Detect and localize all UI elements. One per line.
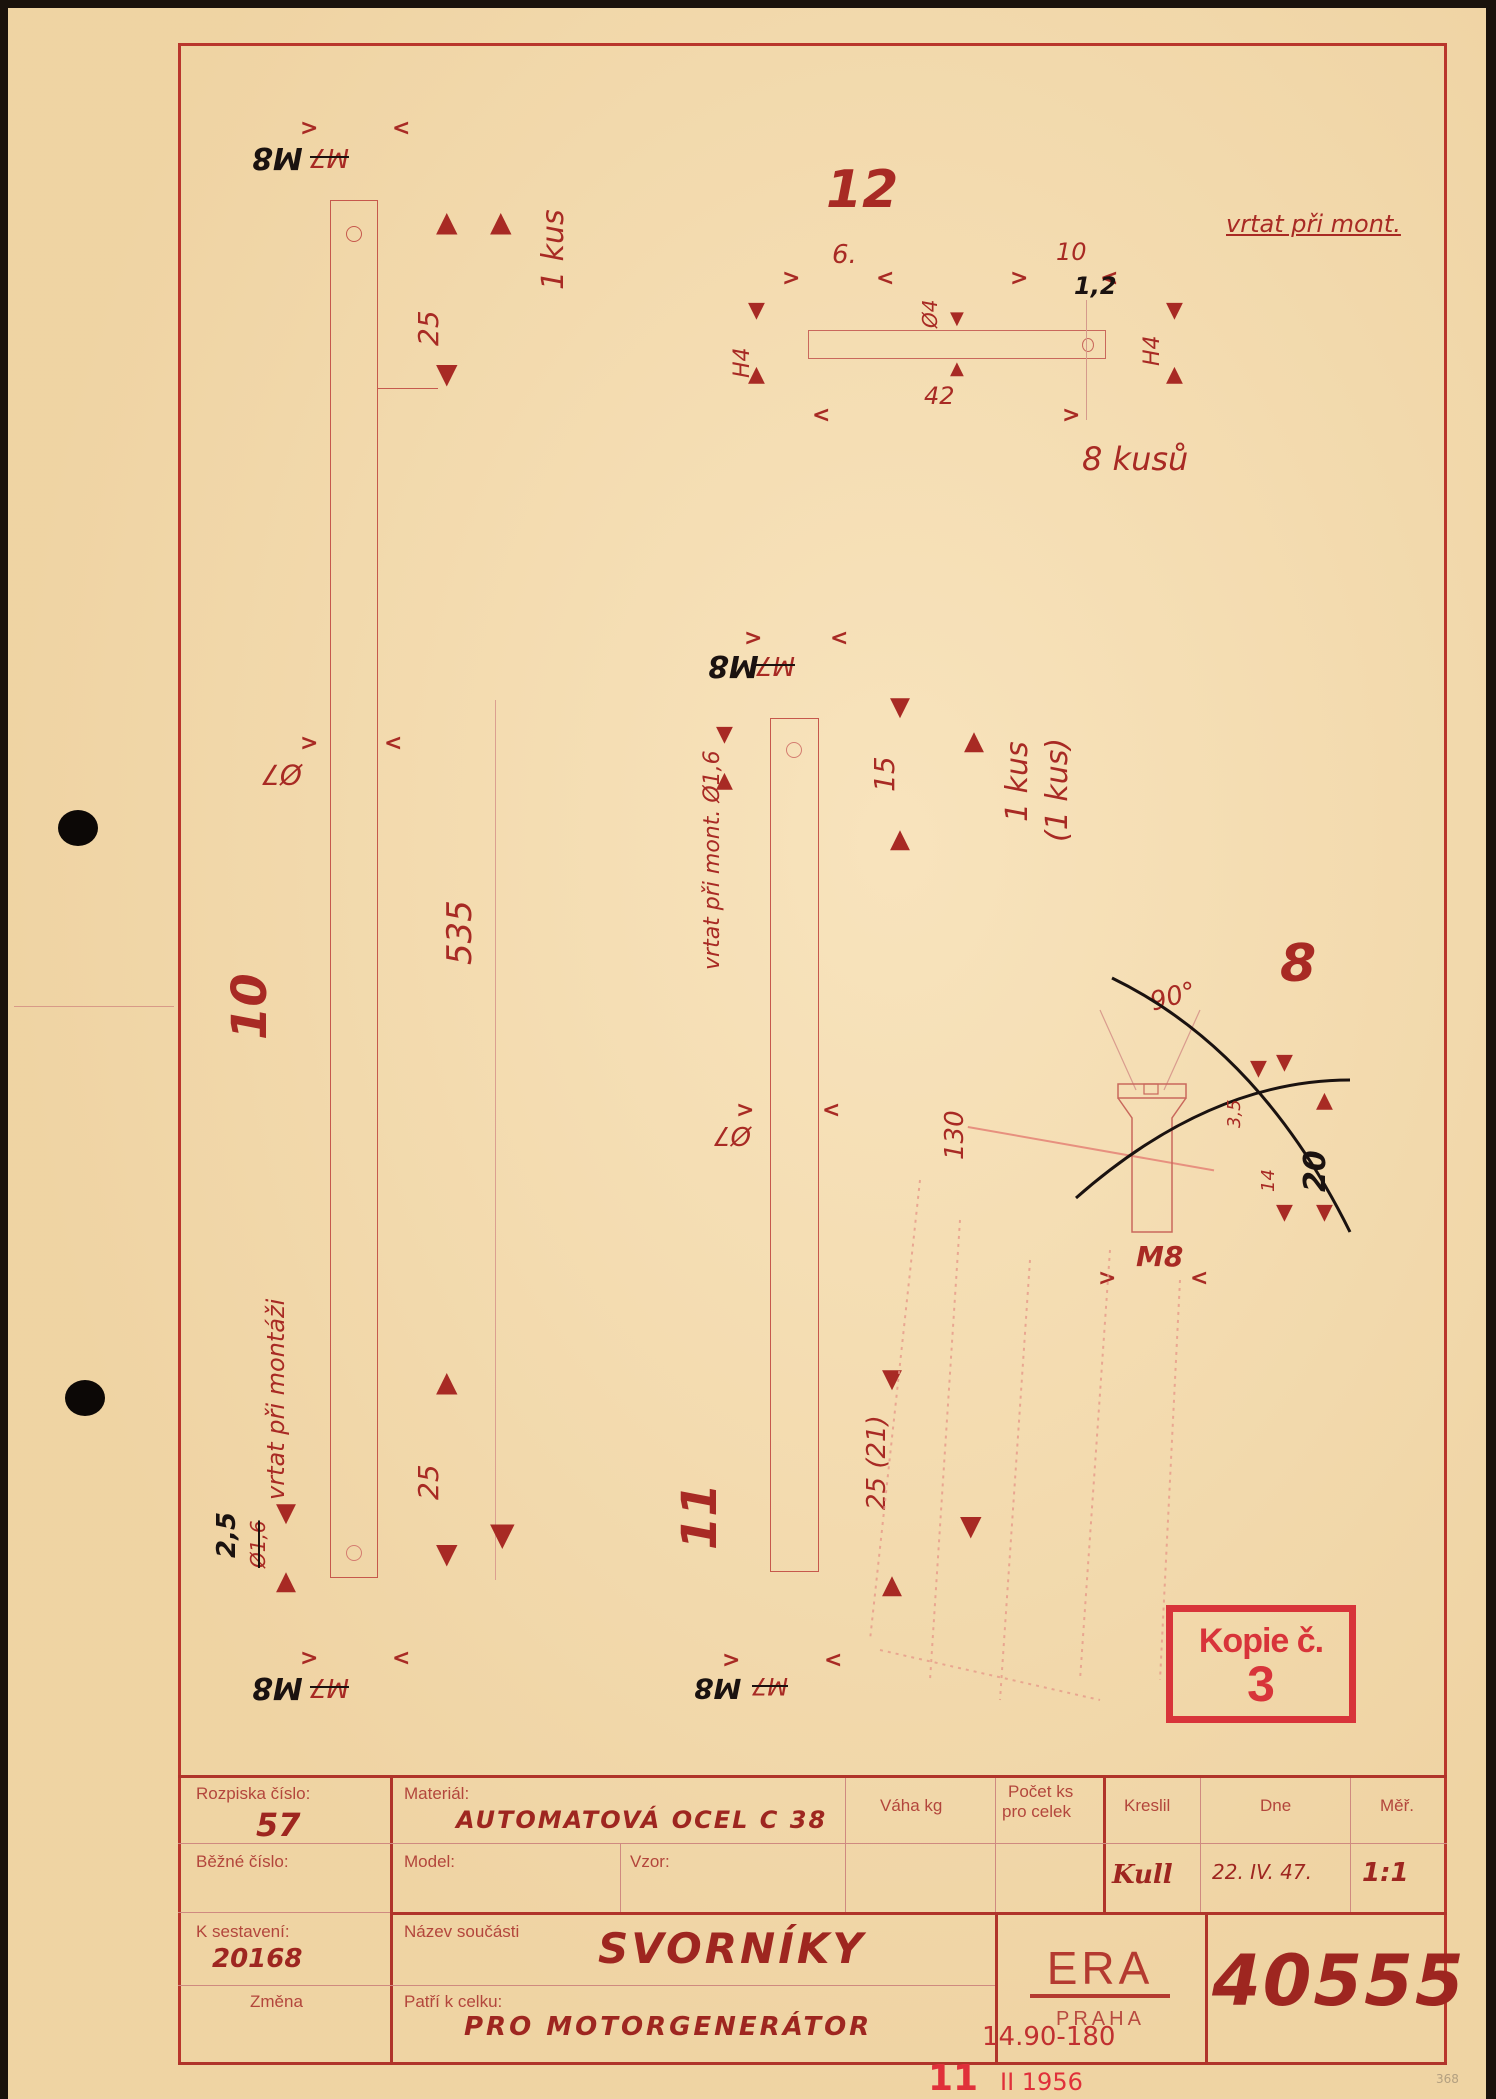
dimension-arrow: ▲ — [890, 826, 910, 852]
dimension-arrow: < — [384, 733, 402, 755]
pocet-label-1: Počet ks — [1008, 1782, 1073, 1802]
part-8-total-length: 20 — [1298, 1150, 1333, 1192]
part-10-hole-dia: 2,5 — [212, 1512, 242, 1558]
k-sestaveni-label: K sestavení: — [196, 1922, 290, 1942]
dimension-arrow: > — [782, 268, 800, 290]
part-10-quantity: 1 kus — [536, 209, 571, 290]
part-12-hole — [1082, 338, 1094, 352]
part-10-dim-bottom: 25 — [412, 1464, 445, 1500]
part-10-hole-top — [346, 226, 362, 242]
dne-label: Dne — [1260, 1796, 1291, 1816]
part-11-number: 11 — [672, 1483, 728, 1550]
model-label: Model: — [404, 1852, 455, 1872]
punch-hole-upper — [58, 810, 98, 846]
dimension-arrow: ▲ — [490, 208, 512, 236]
part-12-fit-right: H4 — [1140, 335, 1165, 366]
part-11-thread-top: M8 — [708, 648, 759, 683]
part-12-quantity: 8 kusů — [1082, 440, 1188, 478]
rozpiska-value: 57 — [256, 1806, 301, 1844]
dimension-arrow: ▼ — [436, 360, 458, 388]
dimension-arrow: ▲ — [964, 728, 984, 754]
part-10-hole-bottom — [346, 1545, 362, 1561]
part-11-quantity: 1 kus — [1000, 741, 1035, 822]
part-12-pin — [808, 330, 1106, 359]
copy-stamp-number: 3 — [1173, 1661, 1349, 1707]
part-12-hole-dia: 1,2 — [1074, 272, 1117, 300]
dimension-arrow: > — [722, 1650, 740, 1672]
title-block-thin-line — [178, 1843, 1447, 1844]
patri-label: Patří k celku: — [404, 1992, 502, 2012]
dimension-arrow: ▼ — [950, 310, 964, 328]
title-block-thin-line — [178, 1985, 995, 1986]
dne-value: 22. IV. 47. — [1212, 1860, 1312, 1884]
copy-stamp: Kopie č. 3 — [1166, 1605, 1356, 1723]
part-10-thread-bottom-struck: M7 — [310, 1672, 349, 1702]
dimension-arrow: ▲ — [436, 208, 458, 236]
dimension-arrow: < — [822, 1100, 840, 1122]
part-8-shank-length: 14 — [1258, 1169, 1279, 1192]
part-11-diameter: Ø7 — [714, 1120, 751, 1150]
material-label: Materiál: — [404, 1784, 469, 1804]
title-block-col-line — [1103, 1775, 1106, 1915]
patri-value: PRO MOTORGENERÁTOR — [464, 2012, 872, 2042]
part-12-diameter: Ø4 — [918, 300, 942, 328]
nazev-label: Název součásti — [404, 1922, 519, 1942]
dimension-arrow: ▼ — [276, 1500, 296, 1526]
dimension-arrow: ▼ — [1276, 1052, 1293, 1074]
nazev-value: SVORNÍKY — [598, 1924, 866, 1973]
company-name: ERA — [1030, 1944, 1170, 1992]
dimension-arrow: < — [812, 405, 830, 427]
dimension-arrow: ▼ — [1250, 1058, 1267, 1080]
dimension-arrow: ▼ — [748, 300, 765, 322]
handwritten-ref: 14.90-180 — [982, 2022, 1115, 2052]
title-block-thin-line — [995, 1778, 996, 1912]
part-10-rod — [330, 200, 378, 1578]
part-10-dim-top: 25 — [412, 310, 445, 346]
title-block-thin-line — [178, 1912, 390, 1913]
dimension-arrow: > — [300, 118, 318, 140]
dimension-arrow: ▲ — [716, 770, 733, 792]
dimension-arrow: < — [830, 628, 848, 650]
kreslil-value: Kull — [1112, 1860, 1173, 1890]
meritko-label: Měř. — [1380, 1796, 1414, 1816]
part-11-dim-top: 15 — [868, 756, 901, 792]
title-block-thin-line — [620, 1843, 621, 1912]
kreslil-label: Kreslil — [1124, 1796, 1170, 1816]
dimension-arrow: > — [300, 733, 318, 755]
title-block-row-line — [390, 1912, 1447, 1915]
rozpiska-label: Rozpiska číslo: — [196, 1784, 310, 1804]
dimension-arrow: ▲ — [436, 1368, 458, 1396]
bottom-note-1: 11 — [928, 2058, 978, 2099]
title-block-col-line — [390, 1775, 393, 2065]
part-11-hole — [786, 742, 802, 758]
meritko-value: 1:1 — [1362, 1858, 1409, 1888]
dimension-arrow: ▲ — [1316, 1090, 1333, 1112]
vaha-label: Váha kg — [880, 1796, 942, 1816]
part-12-centerline — [1086, 300, 1087, 420]
part-10-diameter: Ø7 — [262, 758, 302, 791]
dimension-arrow: ▼ — [890, 694, 910, 720]
part-10-thread-top: M8 — [252, 140, 303, 175]
part-12-note: vrtat při mont. — [1226, 210, 1401, 238]
company-logo: ERA — [1030, 1944, 1170, 1998]
part-11-quantity-alt: (1 kus) — [1040, 738, 1075, 842]
title-block-col-line — [1205, 1912, 1208, 2065]
part-10-ext-line-top — [378, 388, 438, 389]
title-block-top-line — [178, 1775, 1447, 1778]
dimension-arrow: ▲ — [748, 364, 765, 386]
drawing-number: 40555 — [1212, 1940, 1466, 2022]
material-value: AUTOMATOVÁ OCEL C 38 — [456, 1806, 827, 1834]
vzor-label: Vzor: — [630, 1852, 670, 1872]
dimension-arrow: > — [744, 628, 762, 650]
dimension-arrow: ▼ — [1166, 300, 1183, 322]
part-10-ext-line-mid — [495, 700, 496, 1580]
part-10-thread-top-struck: M7 — [310, 142, 349, 172]
dimension-arrow: > — [1010, 268, 1028, 290]
dimension-arrow: ▼ — [490, 1518, 515, 1550]
part-10-thread-bottom: M8 — [252, 1670, 303, 1705]
dimension-arrow: ▼ — [436, 1540, 458, 1568]
dimension-arrow: ▼ — [1276, 1202, 1293, 1224]
part-10-hole-note: vrtat při montáži — [262, 1299, 290, 1500]
title-block-thin-line — [1200, 1778, 1201, 1912]
dimension-arrow: ▲ — [1166, 364, 1183, 386]
part-11-rod — [770, 718, 819, 1572]
pocet-label-2: pro celek — [1002, 1802, 1071, 1822]
form-code: 368 — [1436, 2072, 1459, 2086]
punch-hole-lower — [65, 1380, 105, 1416]
bottom-note-2: II 1956 — [1000, 2068, 1083, 2096]
part-11-thread-bottom: M8 — [694, 1672, 741, 1705]
part-12-dim-left: 6. — [832, 240, 857, 270]
dimension-arrow: < — [392, 118, 410, 140]
part-10-number: 10 — [222, 973, 278, 1040]
part-8-head-height: 3,5 — [1224, 1099, 1245, 1128]
title-block-bottom-line — [178, 2062, 1447, 2065]
part-11-thread-bottom-struck: M7 — [752, 1672, 788, 1700]
k-sestaveni-value: 20168 — [212, 1944, 302, 1974]
bezne-label: Běžné číslo: — [196, 1852, 289, 1872]
part-12-dim-total: 42 — [924, 382, 955, 410]
dimension-arrow: ▼ — [1316, 1202, 1333, 1224]
part-12-number: 12 — [826, 160, 898, 220]
dimension-arrow: ▲ — [276, 1568, 296, 1594]
title-block-thin-line — [1350, 1778, 1351, 1912]
part-10-dim-total: 535 — [440, 900, 480, 965]
part-12-dim-right: 10 — [1056, 238, 1087, 266]
title-block-thin-line — [845, 1778, 846, 1912]
zmena-label: Změna — [250, 1992, 303, 2012]
dimension-arrow: > — [736, 1100, 754, 1122]
dimension-arrow: > — [300, 1648, 318, 1670]
fold-line — [14, 1006, 174, 1007]
part-11-thread-top-struck: M7 — [756, 650, 795, 680]
part-10-hole-dia-struck: Ø1,6 — [246, 1520, 270, 1568]
dimension-arrow: ▲ — [950, 360, 964, 378]
dimension-arrow: < — [824, 1650, 842, 1672]
dimension-arrow: < — [876, 268, 894, 290]
dimension-arrow: ▼ — [716, 724, 733, 746]
dimension-arrow: < — [392, 1648, 410, 1670]
dimension-arrow: > — [1062, 405, 1080, 427]
